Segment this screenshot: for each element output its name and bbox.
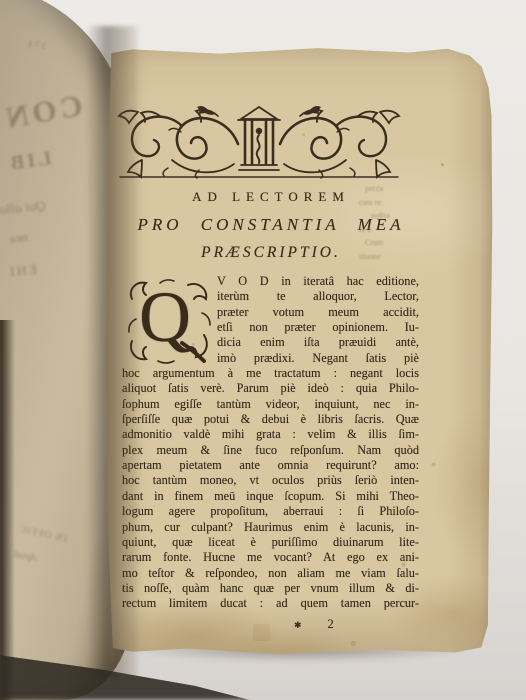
verso-ghost-text: CON bbox=[0, 87, 85, 136]
text-line: ſperſiſſe quæ potui & debui è libris ſac… bbox=[122, 412, 419, 427]
text-line: logum agere propoſitum, aberraui : ſi Ph… bbox=[122, 504, 419, 519]
text-line: etſi non præter opinionem. Iu- bbox=[217, 320, 419, 335]
text-line: plex meum & ſine fuco reſponſum. Nam quò… bbox=[122, 443, 419, 458]
text-line: phum, cur culpant? Haurimus enim è lacun… bbox=[122, 520, 419, 535]
text-line: V O D in iteratâ hac editione, bbox=[217, 274, 419, 289]
margin-ghost-text: noſtra bbox=[371, 209, 437, 223]
signature-row: ✱ 2 bbox=[122, 617, 419, 634]
margin-ghost-text-list: peccacum renoſtratu ECrumniuone bbox=[359, 182, 437, 263]
margin-ghost-text: cum re bbox=[359, 196, 437, 210]
book-photo: CONLIBQui alloneaEHIIN OFFICApud1 7 1 bbox=[0, 0, 526, 700]
text-line: apertam pietatem ante omnia requirunt? a… bbox=[122, 458, 419, 473]
headpiece-ornament bbox=[114, 102, 404, 182]
text-line: dant in finem meū inque ſcopum. Si mihi … bbox=[122, 489, 419, 504]
verso-ghost-text: 1 7 1 bbox=[28, 39, 47, 51]
text-line: imò prædixi. Negant ſatis piè bbox=[217, 351, 419, 366]
text-line: rarum fonte. Hucne me vocant? At ego ex … bbox=[122, 550, 419, 565]
verso-ghost-text: IN OFFIC bbox=[17, 524, 68, 545]
verso-ghost-text: LIB bbox=[7, 147, 53, 176]
margin-ghost-text: niuone bbox=[359, 250, 437, 264]
recto-page: AD LECTOREM PRO CONSTANTIA MEA PRÆSCRIPT… bbox=[101, 42, 495, 656]
drop-cap-woodcut: Q bbox=[124, 277, 212, 365]
text-line: mo teſtor & reſpondeo, non aliam me viam… bbox=[122, 566, 419, 581]
text-line: dicia enim iſta præuidi antè, bbox=[217, 335, 419, 350]
verso-ghost-text: EHI bbox=[7, 263, 38, 282]
margin-ghost-text: pecca bbox=[365, 182, 437, 196]
signature-star: ✱ bbox=[294, 619, 302, 634]
body-text: Q V O D in iteratâ hac editione,iterùm t… bbox=[122, 274, 419, 634]
signature-number: 2 bbox=[328, 617, 334, 632]
book-board-edge bbox=[0, 320, 15, 700]
verso-ghost-text: nea bbox=[9, 229, 29, 247]
text-line: aliquot ſatis verè. Parum piè ideò : qui… bbox=[122, 381, 419, 396]
text-line: admonitio valdè mihi grata : velim & ill… bbox=[122, 427, 419, 442]
margin-ghost-text: tu E bbox=[359, 223, 437, 237]
body-lines-full: hoc argumentum à me tractatum : negant l… bbox=[122, 366, 419, 612]
text-line: præter votum meum accidit, bbox=[217, 305, 419, 320]
page-corner-wear bbox=[470, 52, 478, 58]
text-line: ſophum egiſſe tantùm videor, inquiunt, n… bbox=[122, 397, 419, 412]
text-line: tis noſſe, quàm hanc quæ per vnum illum … bbox=[122, 581, 419, 596]
text-line: hoc argumentum à me tractatum : negant l… bbox=[122, 366, 419, 381]
margin-ghost-text: Crum bbox=[365, 236, 437, 250]
verso-ghost-text: Qui allo bbox=[0, 199, 47, 220]
text-line: iterùm te alloquor, Lector, bbox=[217, 289, 419, 304]
text-line: quiunt, quæ liceat è puriſſimo diuinarum… bbox=[122, 535, 419, 550]
text-line: hoc tantùm moneo, vt oculos priùs ſeriò … bbox=[122, 473, 419, 488]
body-lines-indented: V O D in iteratâ hac editione,iterùm te … bbox=[217, 274, 419, 366]
text-line: rectum limitem ducat : ad quem tamen per… bbox=[122, 596, 419, 611]
verso-ghost-text: Apud bbox=[13, 548, 38, 564]
foxing-specks bbox=[101, 42, 102, 43]
drop-cap-letter: Q bbox=[124, 271, 206, 363]
